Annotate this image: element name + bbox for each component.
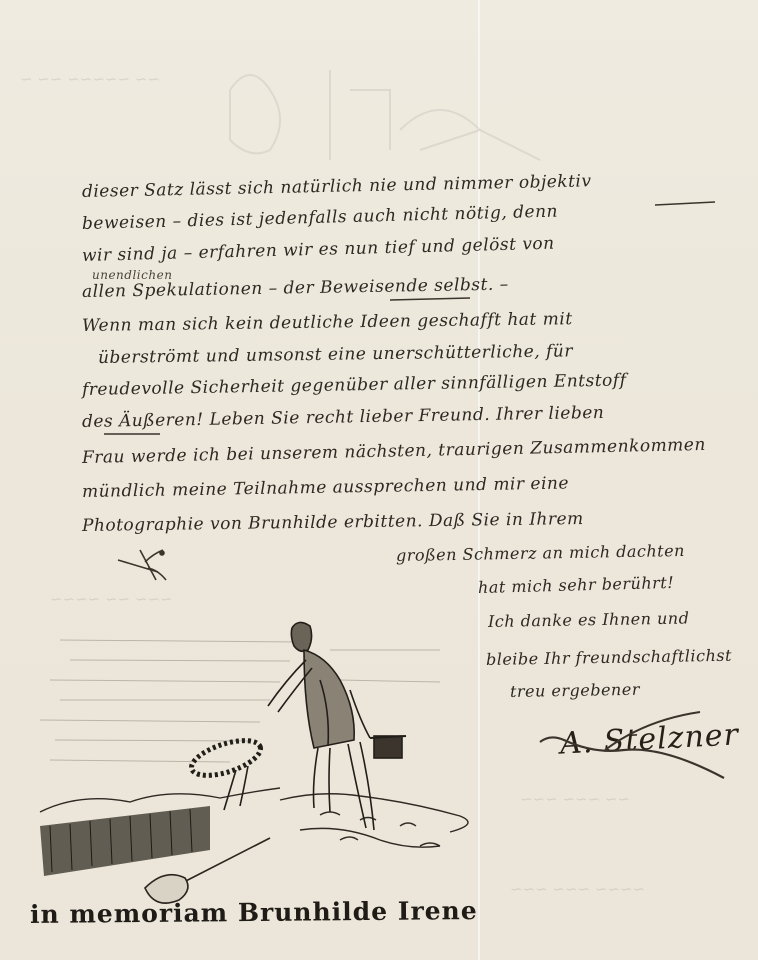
memorial-caption: in memoriam Brunhilde Irene — [30, 896, 478, 929]
ink-illustration — [0, 0, 758, 960]
open-grave — [40, 806, 210, 876]
letter-page: ~~ ~~~~~ ~~ ~ ~~~ ~~ ~~~~ ~~ ~~~ ~~~ ~~~… — [0, 0, 758, 960]
underline-strokes — [104, 202, 724, 778]
insect-doodle-icon — [118, 550, 166, 580]
mourning-man-figure — [187, 622, 406, 830]
